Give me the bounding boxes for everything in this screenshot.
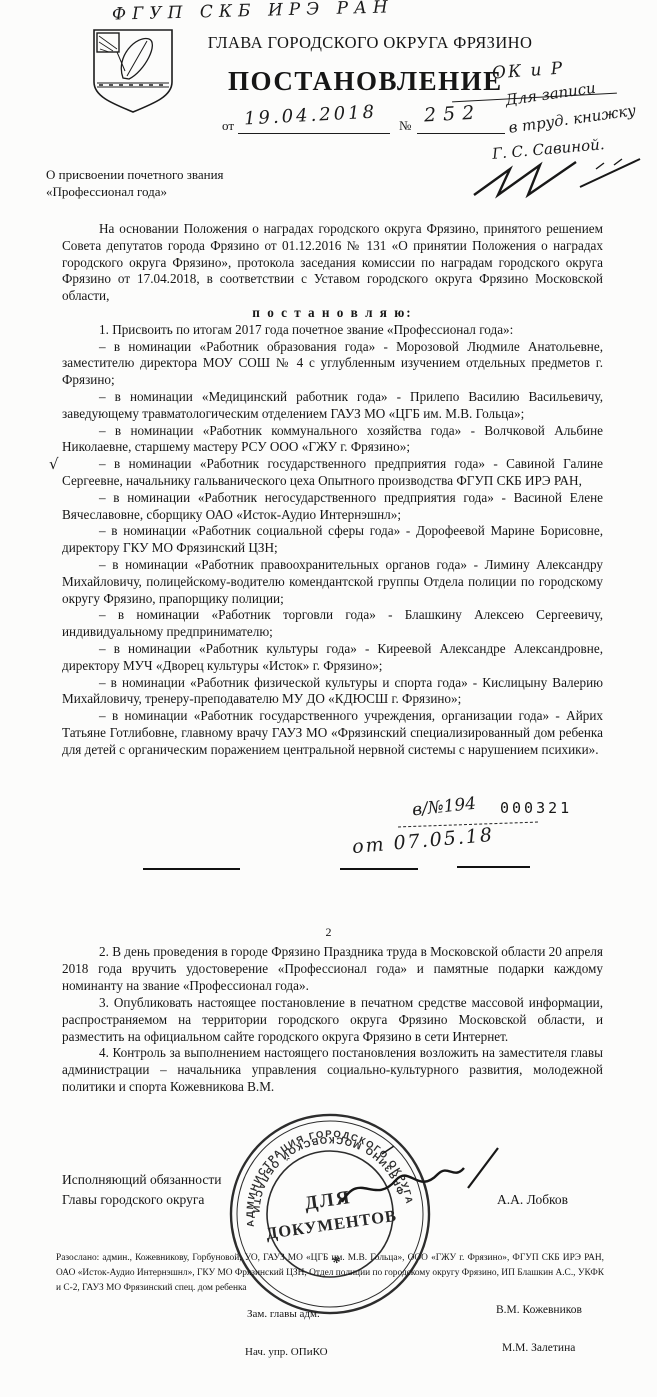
nomination-item: – в номинации «Работник правоохранительн… — [62, 557, 603, 607]
date-label: от — [222, 118, 234, 134]
nomination-item: – в номинации «Работник государственного… — [62, 456, 603, 490]
handwritten-reg-date: от 07.05.18 — [351, 824, 494, 858]
handwritten-margin-note-line2: в труд. книжку — [507, 101, 637, 137]
decree-item-4: 4. Контроль за выполнением настоящего по… — [62, 1045, 603, 1096]
handwritten-number-value: 252 — [423, 102, 481, 127]
margin-checkmark: √ — [49, 455, 59, 473]
handwritten-org-note: ФГУП СКБ ИРЭ РАН — [112, 0, 394, 25]
signer-handwritten-signature — [330, 1140, 505, 1220]
handwritten-flourish-signature — [468, 155, 648, 203]
handwritten-date-value: 19.04.2018 — [244, 102, 378, 130]
footer-role: Зам. главы адм. — [247, 1308, 320, 1320]
number-underline — [417, 133, 505, 134]
handwritten-margin-note-line1: Для записи — [504, 79, 597, 109]
date-underline — [238, 133, 390, 134]
nomination-item: – в номинации «Работник государственного… — [62, 708, 603, 758]
page-number: 2 — [0, 925, 657, 940]
decree-item-3: 3. Опубликовать настоящее постановление … — [62, 995, 603, 1046]
handwritten-dept-annotation: ОК и Р — [491, 59, 565, 84]
nomination-item: – в номинации «Медицинский работник года… — [62, 389, 603, 423]
authority-title: ГЛАВА ГОРОДСКОГО ОКРУГА ФРЯЗИНО — [150, 33, 590, 53]
nomination-item: – в номинации «Работник коммунального хо… — [62, 423, 603, 457]
nomination-item: – в номинации «Работник культуры года» -… — [62, 641, 603, 675]
nomination-item: – в номинации «Работник физической культ… — [62, 675, 603, 709]
scan-artifact-line — [143, 868, 240, 870]
resolve-word: п о с т а н о в л я ю: — [62, 305, 603, 322]
footer-name: В.М. Кожевников — [496, 1304, 582, 1316]
number-label: № — [399, 118, 411, 134]
scan-artifact-line — [457, 866, 530, 868]
nomination-item: – в номинации «Работник негосударственно… — [62, 490, 603, 524]
nomination-item: – в номинации «Работник социальной сферы… — [62, 523, 603, 557]
nomination-item: – в номинации «Работник торговли года» -… — [62, 607, 603, 641]
decree-item-2: 2. В день проведения в городе Фрязино Пр… — [62, 944, 603, 995]
nomination-item: – в номинации «Работник образования года… — [62, 339, 603, 389]
stamped-reg-number: 000321 — [500, 799, 572, 817]
document-type-title: ПОСТАНОВЛЕНИЕ — [228, 66, 503, 97]
signer-title-line1: Исполняющий обязанности — [62, 1170, 221, 1189]
scanned-decree-document: ФГУП СКБ ИРЭ РАН ГЛАВА ГОРОДСКОГО ОКРУГА… — [0, 0, 657, 1397]
page2-body: 2. В день проведения в городе Фрязино Пр… — [62, 944, 603, 1096]
page1-body: На основании Положения о наградах городс… — [62, 221, 603, 759]
decree-item-1: 1. Присвоить по итогам 2017 года почетно… — [62, 322, 603, 339]
subject-block: О присвоении почетного звания «Профессио… — [46, 166, 224, 200]
scan-artifact-line — [340, 868, 418, 870]
intro-paragraph: На основании Положения о наградах городс… — [62, 221, 603, 305]
signer-title-line2: Главы городского округа — [62, 1190, 204, 1209]
subject-line1: О присвоении почетного звания — [46, 166, 224, 183]
distribution-list: Разослано: админ., Кожевникову, Горбунов… — [56, 1251, 604, 1295]
footer-role: Нач. упр. ОПиКО — [245, 1346, 328, 1358]
subject-line2: «Профессионал года» — [46, 183, 224, 200]
handwritten-reg-number: в/№194 — [411, 794, 477, 821]
signer-name: А.А. Лобков — [497, 1190, 568, 1209]
footer-name: М.М. Залетина — [502, 1342, 575, 1354]
